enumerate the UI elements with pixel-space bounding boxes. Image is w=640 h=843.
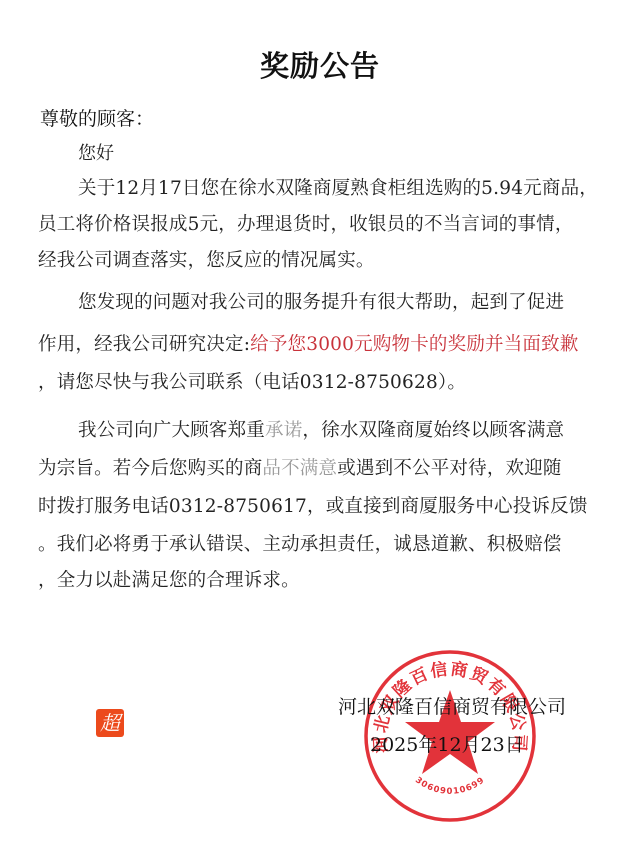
paragraph-3-line-1: 我公司向广大顾客郑重承诺，徐水双隆商厦始终以顾客满意 [78, 416, 564, 442]
paragraph-1-line-2: 员工将价格误报成5元，办理退货时，收银员的不当言词的事情， [38, 210, 574, 236]
paragraph-2-line-1: 您发现的问题对我公司的服务提升有很大帮助，起到了促进 [78, 288, 564, 314]
paragraph-3-line-4: 。我们必将勇于承认错误、主动承担责任，诚恳道歉、积极赔偿 [38, 530, 562, 556]
faded-text-segment: 承诺 [265, 420, 302, 441]
decision-prefix: 作用，经我公司研究决定: [38, 334, 250, 355]
text-segment: 为宗旨。若今后您购买的商 [38, 458, 262, 479]
paragraph-3-line-2: 为宗旨。若今后您购买的商品不满意或遇到不公平对待，欢迎随 [38, 454, 562, 480]
reward-highlight: 给予您3000元购物卡的奖励并当面致歉 [250, 334, 578, 355]
text-segment: ，徐水双隆商厦始终以顾客满意 [302, 420, 564, 441]
text-segment: 或遇到不公平对待，欢迎随 [337, 458, 561, 479]
paragraph-3-line-3: 时拨打服务电话0312-8750617，或直接到商厦服务中心投诉反馈 [38, 492, 588, 518]
signature-date: 2025年12月23日 [370, 730, 524, 757]
paragraph-1-line-1: 关于12月17日您在徐水双隆商厦熟食柜组选购的5.94元商品， [78, 174, 598, 200]
text-segment: 我公司向广大顾客郑重 [78, 420, 265, 441]
paragraph-3-line-5: ，全力以赴满足您的合理诉求。 [38, 566, 300, 592]
watermark-logo-icon: 超 [96, 709, 124, 737]
greeting: 您好 [78, 139, 114, 165]
salutation: 尊敬的顾客： [40, 104, 154, 131]
page-title: 奖励公告 [0, 44, 640, 85]
signature-company: 河北双隆百信商贸有限公司 [338, 692, 566, 719]
paragraph-1-line-3: 经我公司调查落实，您反应的情况属实。 [38, 246, 375, 272]
paragraph-2-line-2: 作用，经我公司研究决定:给予您3000元购物卡的奖励并当面致歉 [38, 330, 579, 356]
faded-text-segment: 品不满意 [262, 458, 337, 479]
paragraph-2-line-3: ，请您尽快与我公司联系（电话0312-8750628）。 [38, 368, 466, 394]
